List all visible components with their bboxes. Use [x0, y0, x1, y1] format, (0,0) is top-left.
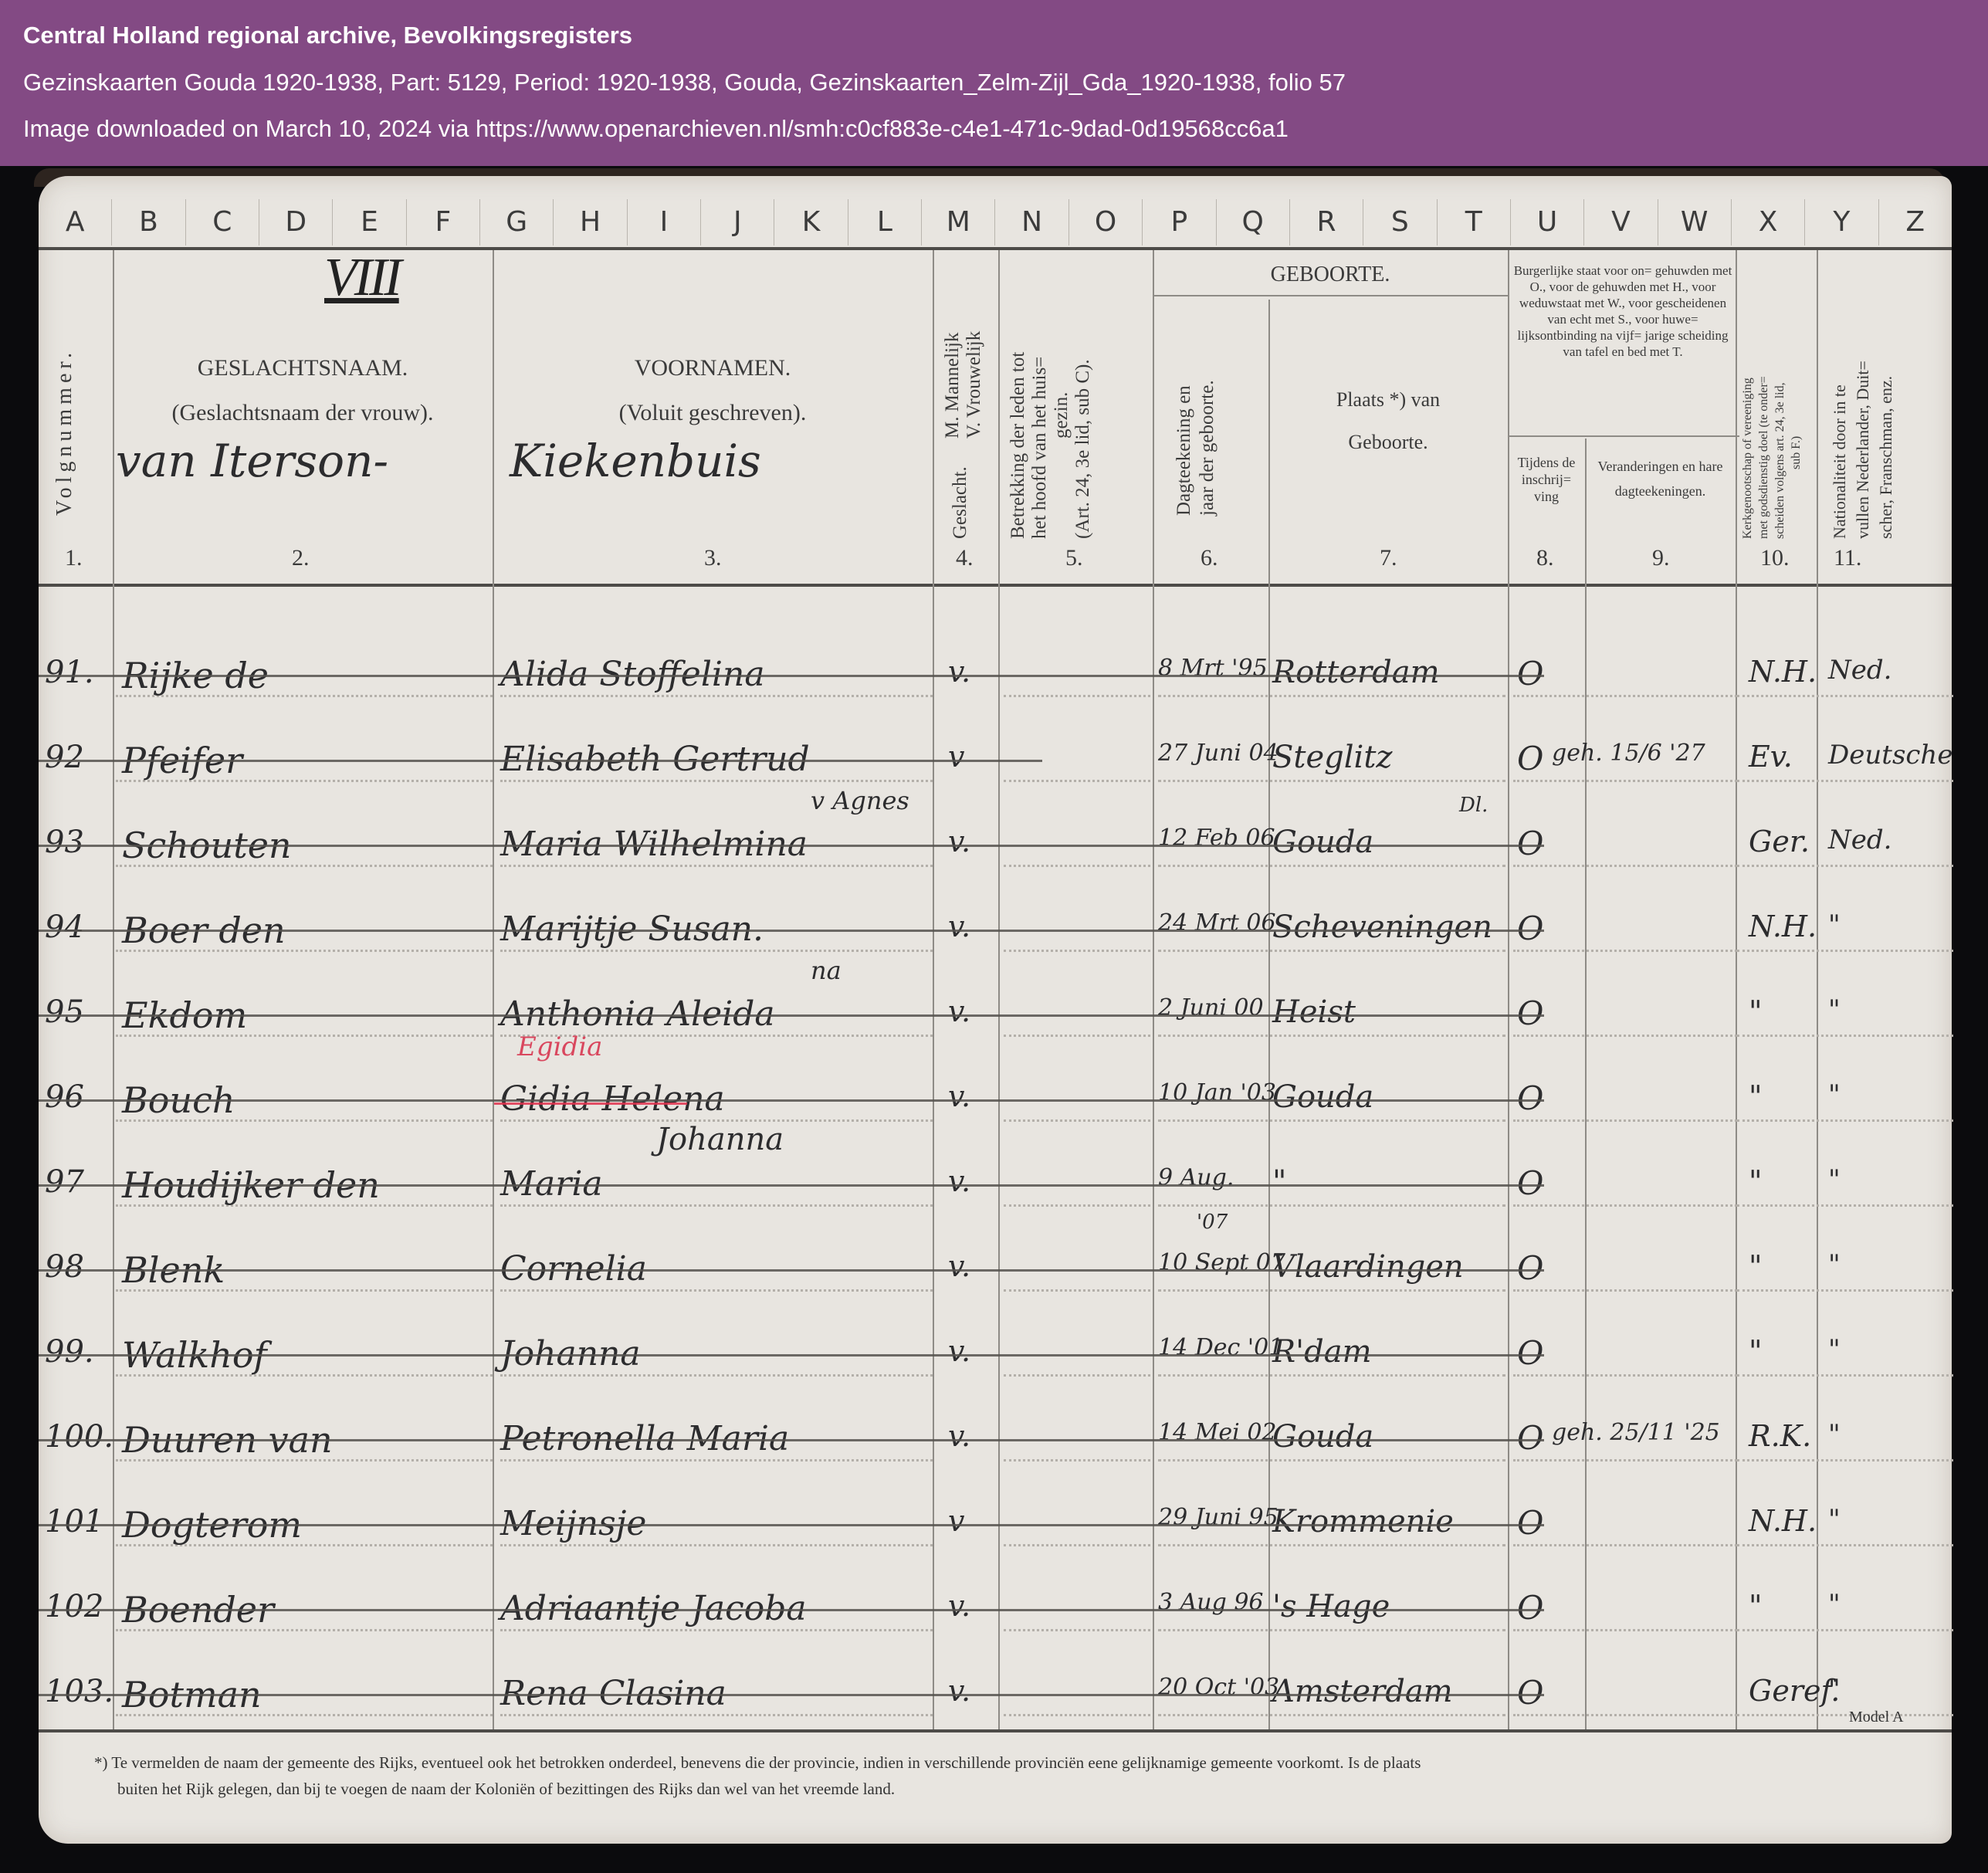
- entry-strikethrough: [39, 1014, 1544, 1017]
- given-name-correction-red: Egidia: [517, 1031, 602, 1062]
- column-number: 5.: [1065, 545, 1083, 571]
- header-geslachtsnaam: GESLACHTSNAAM.: [113, 355, 493, 381]
- header-veranderingen: Veranderingen en hare dagteekeningen.: [1585, 454, 1736, 503]
- dotted-guide: [1004, 1119, 1150, 1122]
- index-letter: B: [112, 199, 185, 246]
- index-letter: L: [848, 199, 922, 246]
- index-letter: C: [186, 199, 259, 246]
- cell-sex: v.: [948, 1079, 970, 1113]
- cell-nationality: ": [1828, 994, 1841, 1025]
- dotted-guide: [1513, 1374, 1737, 1377]
- header-voornamen: VOORNAMEN.: [493, 355, 933, 381]
- archive-banner: Central Holland regional archive, Bevolk…: [0, 0, 1988, 166]
- cell-changes: geh. 25/11 '25: [1552, 1419, 1720, 1446]
- entry-strikethrough: [39, 760, 1042, 762]
- dotted-guide: [1513, 1629, 1737, 1631]
- cell-nationality: Ned.: [1828, 655, 1891, 686]
- dotted-guide: [500, 1714, 933, 1716]
- entry-strikethrough: [39, 1694, 1544, 1696]
- cell-nationality: ": [1828, 1079, 1841, 1110]
- dotted-guide: [1004, 1204, 1150, 1207]
- header-betrekking-3: gezin.: [1051, 392, 1072, 439]
- cell-religion: ": [1749, 994, 1762, 1028]
- dotted-guide: [1513, 865, 1737, 867]
- given-name-correction: na: [811, 956, 842, 985]
- cell-nr: 100.: [45, 1419, 113, 1455]
- dotted-guide: [1004, 1459, 1150, 1461]
- cell-birth-place: Scheveningen: [1272, 909, 1492, 945]
- dotted-guide: [500, 1629, 933, 1631]
- index-letter: X: [1732, 199, 1805, 246]
- dotted-guide: [1737, 780, 1953, 782]
- dotted-guide: [500, 950, 933, 952]
- entry-strikethrough: [39, 1269, 1544, 1272]
- cell-status: O: [1517, 994, 1543, 1032]
- header-dagteekening-2: jaar der geboorte.: [1197, 380, 1218, 516]
- dotted-guide: [1513, 950, 1737, 952]
- cell-nr: 95: [45, 994, 84, 1030]
- cell-religion: ": [1749, 1079, 1762, 1113]
- cell-birth-date: 14 Mei 02: [1158, 1419, 1277, 1446]
- cell-nr: 93: [45, 825, 84, 860]
- cell-religion: N.H.: [1749, 909, 1817, 943]
- dotted-guide: [500, 1204, 933, 1207]
- index-letter: A: [39, 199, 112, 246]
- cell-nationality: ": [1828, 1249, 1841, 1280]
- index-letter: R: [1290, 199, 1363, 246]
- red-strike: [494, 1102, 687, 1105]
- cell-sex: v: [948, 1504, 964, 1538]
- cell-nr: 98: [45, 1249, 84, 1285]
- dotted-guide: [1004, 695, 1150, 697]
- header-betrekking-1: Betrekking der leden tot: [1008, 352, 1029, 539]
- cell-status: O: [1517, 1589, 1543, 1627]
- index-letter: T: [1438, 199, 1511, 246]
- dotted-guide: [500, 1374, 933, 1377]
- header-geboorte: GEBOORTE.: [1153, 262, 1508, 287]
- cell-nationality: ": [1828, 1164, 1841, 1195]
- dotted-guide: [1513, 780, 1737, 782]
- dotted-guide: [500, 1459, 933, 1461]
- cell-nationality: ": [1828, 1504, 1841, 1535]
- header-vrouwelijk: V. Vrouwelijk: [964, 331, 985, 439]
- cell-nr: 101: [45, 1504, 103, 1539]
- entry-strikethrough: [39, 1099, 1544, 1102]
- entry-strikethrough: [39, 1609, 1544, 1611]
- dotted-guide: [1513, 1289, 1737, 1292]
- index-letter: Z: [1879, 199, 1952, 246]
- dotted-guide: [1737, 1374, 1953, 1377]
- archive-title: Central Holland regional archive, Bevolk…: [23, 22, 632, 49]
- header-nationaliteit-1: Nationaliteit door in te: [1830, 384, 1850, 539]
- cell-birth-place: Rotterdam: [1272, 655, 1440, 690]
- cell-birth-place: Vlaardingen: [1272, 1249, 1464, 1285]
- cell-nr: 96: [45, 1079, 84, 1115]
- cell-birth-date: 3 Aug 96: [1158, 1589, 1264, 1616]
- column-number: 6.: [1201, 545, 1218, 571]
- dotted-guide: [1004, 780, 1150, 782]
- index-letter: Y: [1805, 199, 1878, 246]
- index-letter: O: [1069, 199, 1143, 246]
- dotted-guide: [1158, 1544, 1505, 1546]
- dotted-guide: [1737, 1714, 1953, 1716]
- dotted-guide: [1158, 1204, 1505, 1207]
- column-divider: [1736, 250, 1737, 1729]
- cell-religion: N.H.: [1749, 655, 1817, 689]
- footnote-line-2: buiten het Rijk gelegen, dan bij te voeg…: [94, 1776, 1947, 1802]
- cell-birth-place: Heist: [1272, 994, 1356, 1030]
- burgerlijke-rule: [1508, 435, 1739, 437]
- dotted-guide: [1513, 1714, 1737, 1716]
- cell-religion: ": [1749, 1164, 1762, 1198]
- dotted-guide: [1513, 1544, 1737, 1546]
- cell-sex: v.: [948, 1419, 970, 1453]
- cell-nr: 103.: [45, 1674, 113, 1709]
- header-kerk-2: met godsdienstig doel (te onder=: [1757, 376, 1771, 539]
- column-number: 11.: [1834, 545, 1861, 571]
- date-note: '07: [1197, 1211, 1228, 1234]
- dotted-guide: [1158, 1289, 1505, 1292]
- cell-birth-place: Gouda: [1272, 1079, 1373, 1115]
- model-label: Model A: [1849, 1709, 1904, 1726]
- header-bottom-rule: [39, 584, 1952, 587]
- dotted-guide: [1513, 1035, 1737, 1037]
- index-letter: D: [259, 199, 333, 246]
- cell-birth-date: 29 Juni 95: [1158, 1504, 1278, 1531]
- header-burgerlijke-staat: Burgerlijke staat voor on= gehuwden met …: [1512, 262, 1734, 360]
- dotted-guide: [1737, 1119, 1953, 1122]
- dotted-guide: [500, 695, 933, 697]
- index-letter: H: [554, 199, 627, 246]
- column-number: 2.: [292, 545, 310, 571]
- cell-religion: Ev.: [1749, 740, 1793, 774]
- cell-nr: 92: [45, 740, 84, 775]
- cell-birth-date: 24 Mrt 06: [1158, 909, 1276, 936]
- dotted-guide: [1004, 1289, 1150, 1292]
- entry-strikethrough: [39, 1184, 1544, 1187]
- dotted-guide: [1513, 1204, 1737, 1207]
- cell-changes: geh. 15/6 '27: [1552, 740, 1705, 767]
- dotted-guide: [1737, 695, 1953, 697]
- index-letter: I: [628, 199, 701, 246]
- dotted-guide: [1513, 1459, 1737, 1461]
- cell-sex: v.: [948, 1249, 970, 1283]
- cell-sex: v.: [948, 1674, 970, 1708]
- index-letter: S: [1363, 199, 1437, 246]
- header-betrekking-2: het hoofd van het huis=: [1029, 357, 1051, 539]
- given-name-correction: v Agnes: [811, 786, 909, 815]
- entry-strikethrough: [39, 1439, 1544, 1441]
- entry-strikethrough: [39, 1524, 1544, 1526]
- dotted-guide: [1737, 865, 1953, 867]
- dotted-guide: [1004, 1035, 1150, 1037]
- dotted-guide: [1158, 1119, 1505, 1122]
- cell-status: O: [1517, 909, 1543, 947]
- index-letter: E: [333, 199, 406, 246]
- column-divider: [1153, 250, 1154, 1729]
- table-bottom-rule: [39, 1729, 1952, 1732]
- cell-birth-date: 10 Jan '03: [1158, 1079, 1276, 1106]
- dotted-guide: [1737, 950, 1953, 952]
- dotted-guide: [1158, 950, 1505, 952]
- dotted-guide: [1004, 865, 1150, 867]
- index-letter: P: [1143, 199, 1216, 246]
- dotted-guide: [1737, 1204, 1953, 1207]
- cell-status: O: [1517, 1674, 1543, 1712]
- index-letter: M: [922, 199, 995, 246]
- cell-birth-date: 2 Juni 00: [1158, 994, 1264, 1021]
- dotted-guide: [1004, 1629, 1150, 1631]
- cell-nationality: Deutsche: [1828, 740, 1952, 771]
- cell-status: O: [1517, 1079, 1543, 1117]
- header-plaats: Plaats *) van: [1268, 388, 1508, 412]
- header-tijdens: Tijdens de inschrij= ving: [1508, 454, 1585, 505]
- header-kerk-4: sub F.): [1790, 436, 1803, 469]
- header-mannelijk: M. Mannelijk: [942, 333, 964, 439]
- cell-religion: Ger.: [1749, 825, 1810, 859]
- cell-sex: v.: [948, 909, 970, 943]
- cell-religion: R.K.: [1749, 1419, 1811, 1453]
- cell-nr: 91.: [45, 655, 94, 690]
- cell-nationality: ": [1828, 1674, 1841, 1705]
- cell-birth-place: R'dam: [1272, 1334, 1372, 1370]
- column-divider: [998, 250, 1000, 1729]
- cell-sex: v.: [948, 994, 970, 1028]
- dotted-guide: [1004, 1714, 1150, 1716]
- entry-strikethrough: [39, 675, 1544, 677]
- index-letter: J: [701, 199, 774, 246]
- dotted-guide: [1737, 1544, 1953, 1546]
- dotted-guide: [1158, 695, 1505, 697]
- cell-sex: v: [948, 740, 964, 774]
- index-letter: N: [995, 199, 1069, 246]
- dotted-guide: [1513, 695, 1737, 697]
- column-divider: [1817, 250, 1818, 1729]
- footnote: *) Te vermelden de naam der gemeente des…: [94, 1749, 1947, 1802]
- cell-nr: 99.: [45, 1334, 94, 1370]
- cell-religion: N.H.: [1749, 1504, 1817, 1538]
- family-card: A B C D E F G H I J K L M N O P Q R S T …: [39, 176, 1952, 1844]
- dotted-guide: [500, 1544, 933, 1546]
- dotted-guide: [1158, 865, 1505, 867]
- dotted-guide: [1513, 1119, 1737, 1122]
- entry-strikethrough: [39, 930, 1544, 932]
- header-volgnummer: Volgnummer.: [52, 348, 77, 516]
- column-divider: [1585, 439, 1587, 1729]
- cell-sex: v.: [948, 1589, 970, 1623]
- dotted-guide: [1004, 1544, 1150, 1546]
- dotted-guide: [1158, 1459, 1505, 1461]
- cell-status: O: [1517, 655, 1543, 693]
- index-letter-tabs: A B C D E F G H I J K L M N O P Q R S T …: [39, 199, 1952, 246]
- geboorte-rule: [1153, 295, 1508, 296]
- cell-religion: ": [1749, 1589, 1762, 1623]
- column-number: 9.: [1652, 545, 1670, 571]
- cell-nationality: ": [1828, 909, 1841, 940]
- header-nationaliteit-2: vullen Nederlander, Duit=: [1853, 361, 1873, 539]
- entry-strikethrough: [39, 1354, 1544, 1356]
- cell-birth-place: ": [1272, 1164, 1286, 1200]
- cell-birth-date: 9 Aug.: [1158, 1164, 1234, 1191]
- header-kerk-1: Kerkgenootschap of vereeniging: [1741, 378, 1755, 539]
- cell-religion: ": [1749, 1334, 1762, 1368]
- download-source: Image downloaded on March 10, 2024 via h…: [23, 115, 1289, 143]
- column-number: 10.: [1760, 545, 1790, 571]
- header-voornamen-sub: (Voluit geschreven).: [493, 400, 933, 426]
- cell-birth-date: 14 Dec '01: [1158, 1334, 1283, 1361]
- header-geslachtsnaam-sub: (Geslachtsnaam der vrouw).: [113, 400, 493, 426]
- cell-religion: Geref.: [1749, 1674, 1840, 1708]
- family-name-handwritten-2: Kiekenbuis: [510, 435, 761, 487]
- index-letter: K: [774, 199, 848, 246]
- cell-sex: v.: [948, 1164, 970, 1198]
- index-letter: U: [1511, 199, 1584, 246]
- column-number: 8.: [1536, 545, 1554, 571]
- index-letter: F: [407, 199, 480, 246]
- dotted-guide: [500, 780, 933, 782]
- card-numeral: VIII: [324, 247, 399, 309]
- dotted-guide: [500, 1289, 933, 1292]
- header-kerk-3: scheiden volgens art. 24, 3e lid,: [1773, 382, 1787, 539]
- column-number: 3.: [704, 545, 722, 571]
- cell-status: O: [1517, 1419, 1543, 1457]
- column-divider: [113, 250, 114, 1729]
- cell-nr: 94: [45, 909, 84, 945]
- cell-nationality: ": [1828, 1589, 1841, 1620]
- cell-nationality: Ned.: [1828, 825, 1891, 855]
- cell-birth-place: Gouda: [1272, 825, 1373, 860]
- header-nationaliteit-3: scher, Franschman, enz.: [1876, 376, 1896, 539]
- header-betrekking-4: (Art. 24, 3e lid, sub C).: [1072, 359, 1094, 539]
- header-geslacht: Geslacht.: [950, 466, 971, 539]
- dotted-guide: [1737, 1629, 1953, 1631]
- dotted-guide: [1737, 1289, 1953, 1292]
- dotted-guide: [1158, 1714, 1505, 1716]
- cell-nr: 102: [45, 1589, 103, 1624]
- family-name-handwritten: van Iterson-: [116, 435, 388, 487]
- cell-birth-date: 12 Feb 06: [1158, 825, 1275, 852]
- cell-birth-date: 10 Sept 07: [1158, 1249, 1285, 1276]
- cell-birth-place: Gouda: [1272, 1419, 1373, 1455]
- column-divider: [933, 250, 934, 1729]
- cell-birth-date: 27 Juni 04: [1158, 740, 1278, 767]
- column-number: 7.: [1380, 545, 1397, 571]
- header-geboorte-plaats: Geboorte.: [1268, 431, 1508, 454]
- cell-birth-place: Amsterdam: [1272, 1674, 1453, 1709]
- dotted-guide: [1158, 780, 1505, 782]
- cell-nationality: ": [1828, 1419, 1841, 1450]
- cell-status: O: [1517, 1504, 1543, 1542]
- cell-status: O: [1517, 740, 1543, 777]
- entry-strikethrough: [39, 845, 1544, 847]
- cell-sex: v.: [948, 825, 970, 859]
- given-name-line-2: Johanna: [656, 1122, 784, 1157]
- dotted-guide: [1737, 1459, 1953, 1461]
- cell-birth-date: 20 Oct '03: [1158, 1674, 1279, 1701]
- cell-sex: v.: [948, 1334, 970, 1368]
- cell-status: O: [1517, 1249, 1543, 1287]
- dotted-guide: [1004, 950, 1150, 952]
- dotted-guide: [1158, 1035, 1505, 1037]
- cell-sex: v.: [948, 655, 970, 689]
- column-number: 1.: [65, 545, 83, 571]
- index-letter: W: [1658, 199, 1732, 246]
- dotted-guide: [1158, 1374, 1505, 1377]
- index-letter: Q: [1217, 199, 1290, 246]
- cell-birth-place: 's Hage: [1272, 1589, 1390, 1624]
- cell-birth-date: 8 Mrt '95: [1158, 655, 1268, 682]
- place-note: Dl.: [1459, 794, 1488, 817]
- column-number: 4.: [956, 545, 974, 571]
- index-letter: G: [480, 199, 554, 246]
- cell-status: O: [1517, 825, 1543, 862]
- dotted-guide: [1737, 1035, 1953, 1037]
- column-divider: [493, 250, 494, 1729]
- dotted-guide: [1004, 1374, 1150, 1377]
- footnote-line-1: *) Te vermelden de naam der gemeente des…: [94, 1749, 1947, 1776]
- cell-birth-place: Steglitz: [1272, 740, 1393, 775]
- cell-status: O: [1517, 1334, 1543, 1372]
- cell-status: O: [1517, 1164, 1543, 1202]
- cell-nationality: ": [1828, 1334, 1841, 1365]
- dotted-guide: [500, 865, 933, 867]
- index-letter: V: [1584, 199, 1658, 246]
- cell-birth-place: Krommenie: [1272, 1504, 1454, 1539]
- header-dagteekening-1: Dagteekening en: [1173, 385, 1195, 516]
- cell-religion: ": [1749, 1249, 1762, 1283]
- cell-nr: 97: [45, 1164, 84, 1200]
- record-description: Gezinskaarten Gouda 1920-1938, Part: 512…: [23, 69, 1346, 97]
- dotted-guide: [1158, 1629, 1505, 1631]
